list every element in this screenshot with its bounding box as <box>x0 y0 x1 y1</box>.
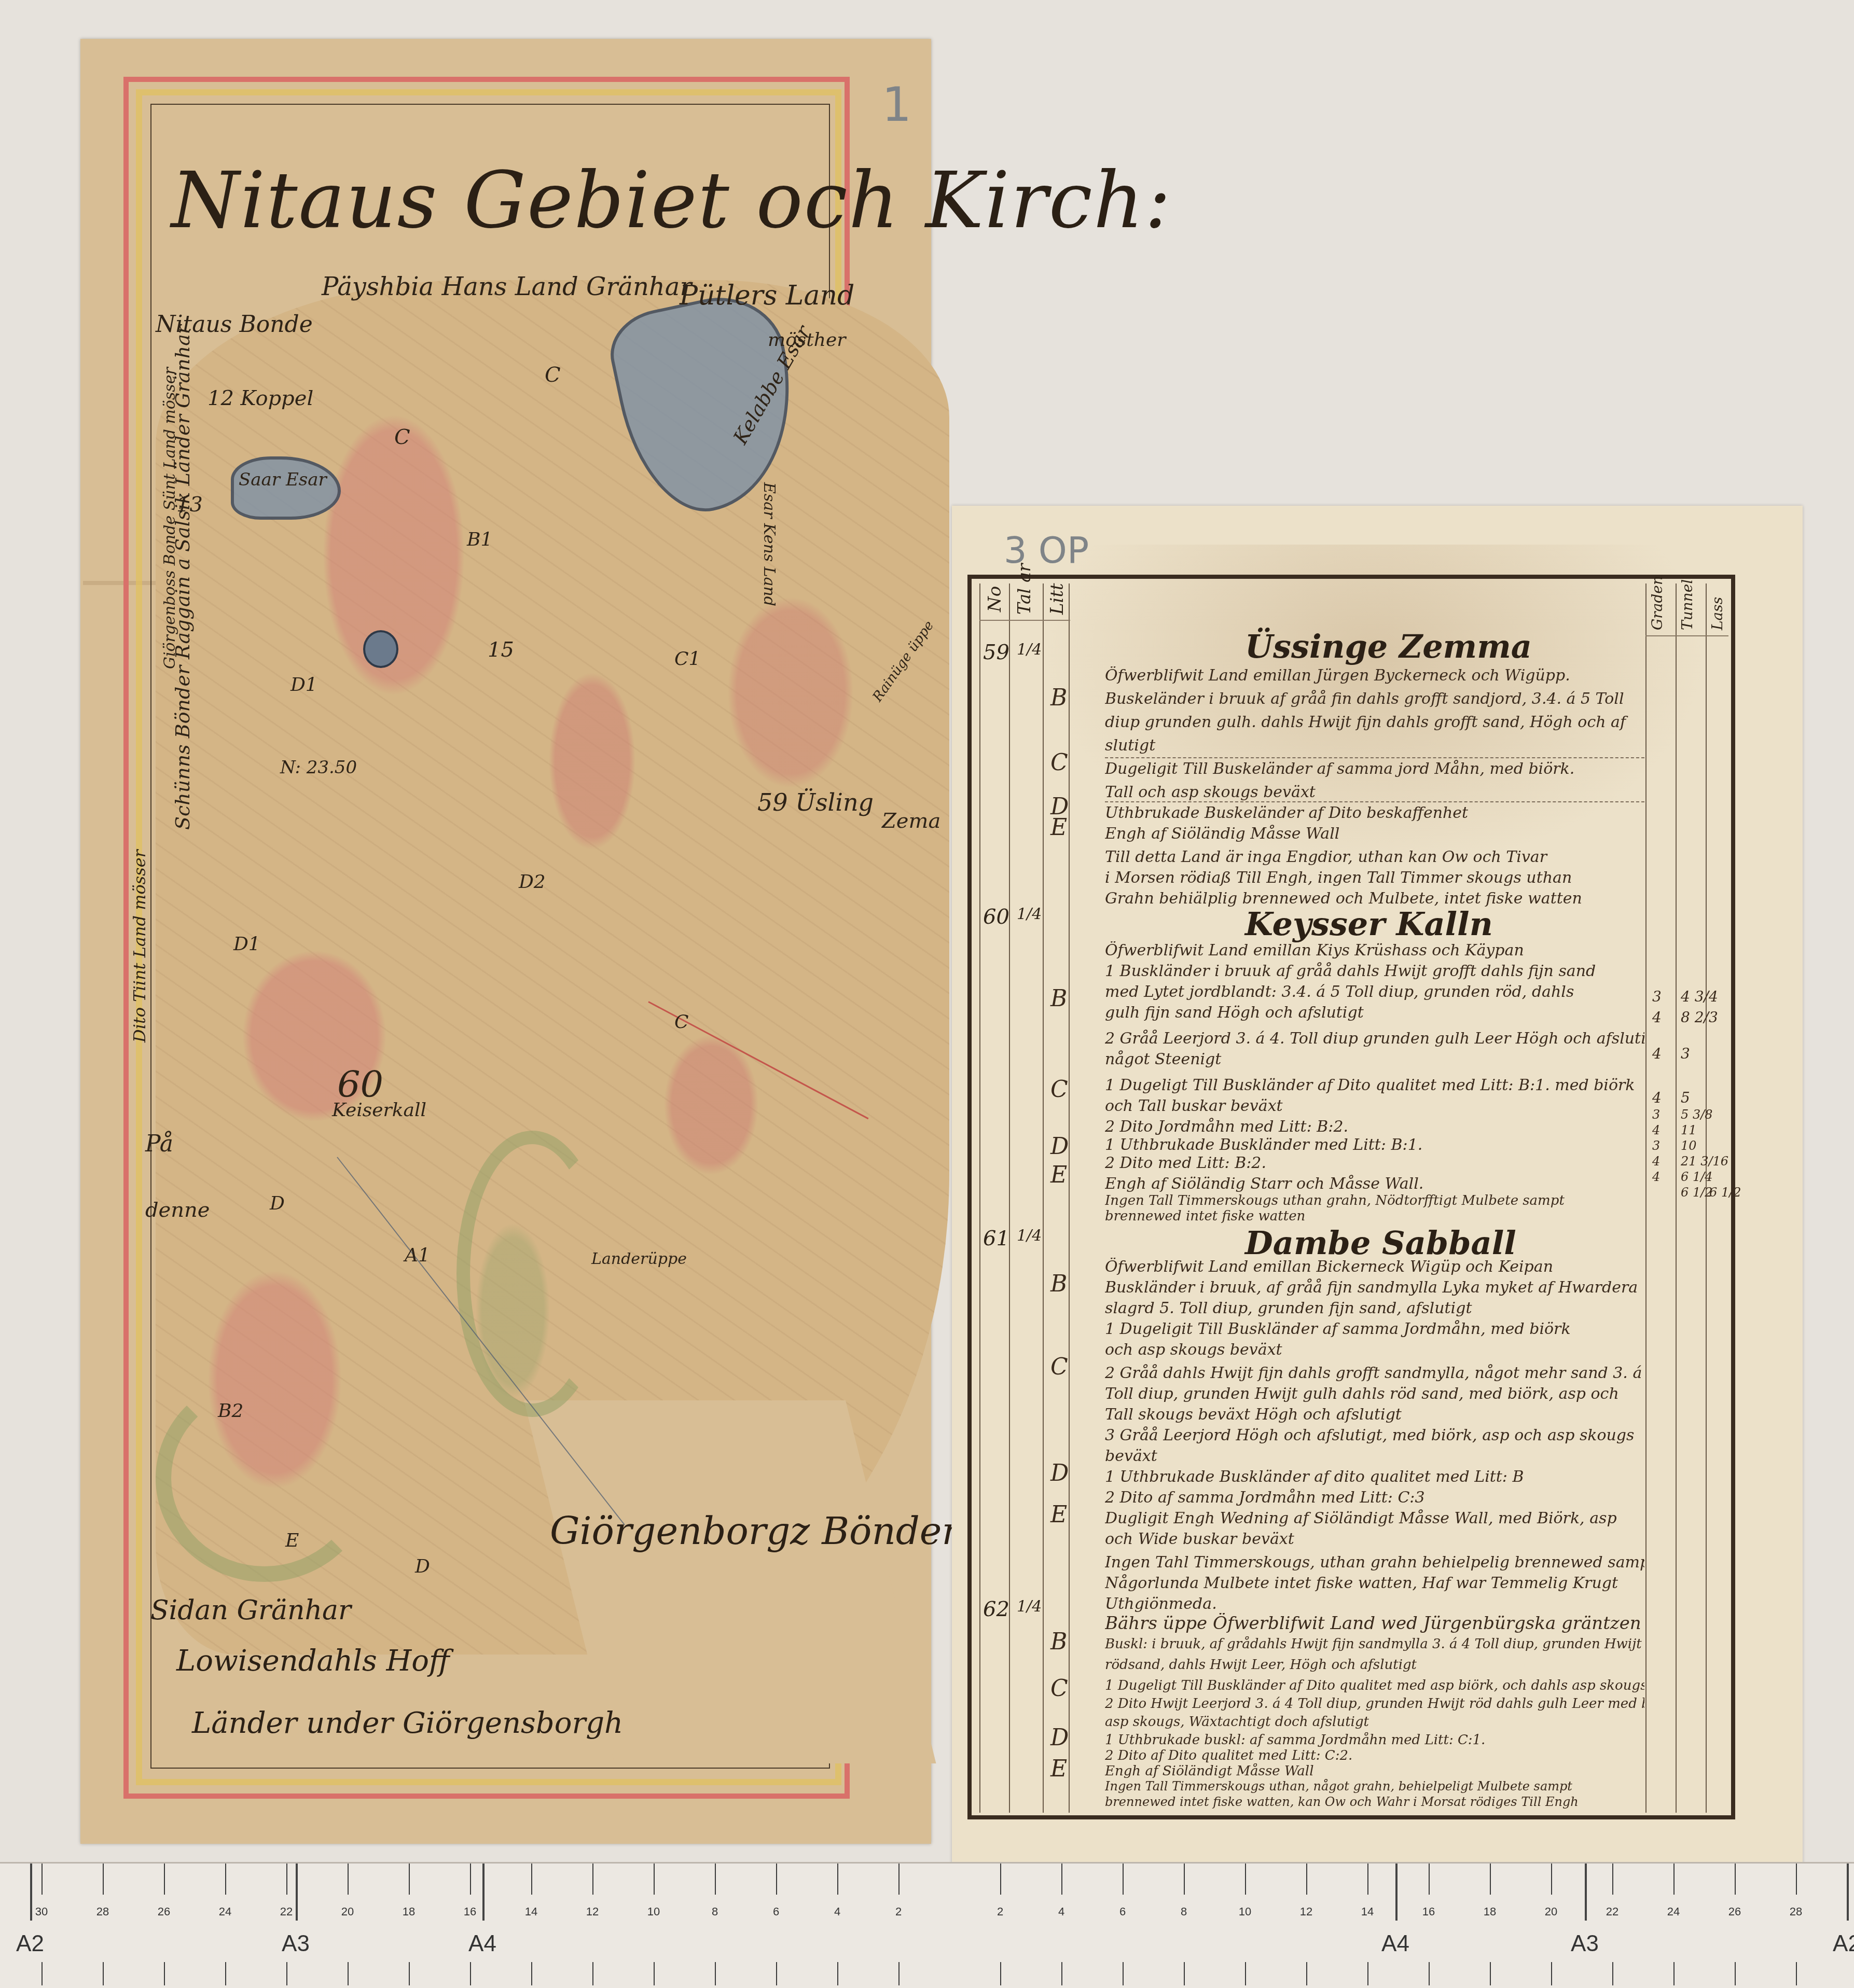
parcel-code: C <box>545 363 561 387</box>
entry-line: Dugligit Engh Wedning af Siöländigt Måss… <box>1105 1509 1644 1527</box>
entry-line: asp skougs, Wäxtachtigt doch afslutigt <box>1105 1714 1644 1730</box>
entry-letter: E <box>1050 1502 1067 1528</box>
entry-line: 1 Dugeligit Till Buskländer af samma Jor… <box>1105 1320 1644 1338</box>
entry-line: Engh af Siöländigt Måsse Wall <box>1105 1763 1644 1779</box>
parcel-code: D <box>415 1556 430 1577</box>
entry-line: Ingen Tall Timmerskougs uthan, något gra… <box>1105 1779 1644 1794</box>
paper-size-mark <box>30 1864 32 1921</box>
label-pa: På <box>145 1131 173 1157</box>
entry-line: Buskl: i bruuk, af grådahls Hwijt fijn s… <box>1105 1636 1644 1652</box>
ruler-tick <box>1123 1864 1124 1895</box>
value-graden: 4 <box>1652 1154 1660 1169</box>
ruler-tick <box>531 1864 532 1895</box>
ruler-tick <box>1735 1864 1736 1895</box>
entry-letter: B <box>1050 1271 1067 1297</box>
paper-size-label: A2 <box>1833 1931 1854 1957</box>
entry-line: Dugeligit Till Buskeländer af samma jord… <box>1105 760 1644 778</box>
paper-size-label: A3 <box>1571 1931 1599 1957</box>
entry-line: 2 Dito Jordmåhn med Litt: B:2. <box>1105 1118 1644 1136</box>
paper-size-label: A4 <box>1381 1931 1409 1957</box>
label-lake-saar: Saar Esar <box>239 469 327 490</box>
ruler-number: 12 <box>1300 1905 1312 1919</box>
entry-line: Uthbrukade Buskeländer af Dito beskaffen… <box>1105 804 1644 822</box>
ruler-tick <box>41 1864 43 1895</box>
ruler-tick <box>103 1864 104 1895</box>
ruler-tick <box>1245 1962 1246 1985</box>
entry-line: Ingen Tall Timmerskougs uthan grahn, Nöd… <box>1105 1193 1644 1208</box>
entry-line: Tall och asp skougs beväxt <box>1105 783 1644 801</box>
entry-line: 2 Dito af samma Jordmåhn med Litt: C:3 <box>1105 1489 1644 1507</box>
ruler-tick <box>715 1962 716 1985</box>
entry-line: 1 Uthbrukade Buskländer af dito qualitet… <box>1105 1468 1644 1486</box>
river-bend <box>456 1131 608 1417</box>
ruler-number: 26 <box>158 1905 170 1919</box>
ruler-number: 22 <box>280 1905 293 1919</box>
ruler-number: 6 <box>1119 1905 1126 1919</box>
plot-60-name: Keiserkall <box>332 1100 426 1121</box>
ruler-tick <box>1673 1864 1675 1895</box>
value-lass: 6 1/2 <box>1709 1185 1741 1200</box>
value-graden: 3 <box>1652 1107 1660 1122</box>
ruler-number: 18 <box>1484 1905 1496 1919</box>
value-tunnel: 8 2/3 <box>1681 1009 1718 1026</box>
entry-fraction: 1/4 <box>1017 905 1042 923</box>
label-lowisendahls-hoff: Lowisendahls Hoff <box>176 1644 450 1678</box>
ruler-tick <box>225 1962 226 1985</box>
entry-number: 62 <box>983 1597 1009 1621</box>
entry-line: Öfwerblifwit Land emillan Bickerneck Wig… <box>1105 1258 1644 1276</box>
parcel-code: D1 <box>290 674 317 696</box>
value-tunnel: 3 <box>1681 1045 1690 1062</box>
column-header-no: No <box>985 586 1005 612</box>
column-header-graden: Graden <box>1649 576 1666 630</box>
ruler-number: 4 <box>1058 1905 1064 1919</box>
label-denne: denne <box>145 1198 210 1222</box>
ruler-tick <box>592 1864 593 1895</box>
ruler-tick <box>1061 1962 1062 1985</box>
entry-line: Uthgiönmeda. <box>1105 1595 1644 1613</box>
ruler-number: 22 <box>1606 1905 1618 1919</box>
entry-fraction: 1/4 <box>1017 1227 1042 1245</box>
ruler-tick <box>348 1864 349 1895</box>
entry-line: 3 Gråå Leerjord Högh och afslutigt, med … <box>1105 1426 1644 1444</box>
ruler-number: 8 <box>1181 1905 1187 1919</box>
ruler-tick <box>1245 1864 1246 1895</box>
ruler-tick <box>409 1962 410 1985</box>
value-graden: 4 <box>1652 1123 1660 1137</box>
dashed-rule <box>1105 757 1644 758</box>
entry-line: gulh fijn sand Högh och afslutigt <box>1105 1004 1644 1022</box>
parcel-code: C <box>394 425 410 449</box>
entry-line: i Morsen rödiaß Till Engh, ingen Tall Ti… <box>1105 869 1644 887</box>
entry-fraction: 1/4 <box>1017 641 1042 659</box>
entry-line: med Lytet jordblandt: 3.4. á 5 Toll diup… <box>1105 983 1644 1001</box>
label-sidan-granhar: Sidan Gränhar <box>150 1595 351 1626</box>
entry-line: Buskeländer i bruuk af gråå fin dahls gr… <box>1105 690 1644 708</box>
label-esar-kens-land: Esar Kens Land <box>760 482 778 606</box>
plot-59: 59 Üsling <box>757 788 874 816</box>
value-graden: 4 <box>1652 1045 1662 1062</box>
entry-line: diup grunden gulh. dahls Hwijt fijn dahl… <box>1105 713 1644 731</box>
paper-size-label: A4 <box>468 1931 496 1957</box>
ruler-number: 4 <box>834 1905 840 1919</box>
ruler-tick <box>592 1962 593 1985</box>
scale-ruler: 3028262422201816141210864224681012141618… <box>0 1862 1854 1988</box>
ruler-tick <box>1612 1962 1613 1985</box>
ruler-tick <box>470 1962 471 1985</box>
value-tunnel: 4 3/4 <box>1681 988 1718 1005</box>
column-line <box>1645 583 1647 1813</box>
column-line <box>1676 583 1677 1813</box>
ruler-number: 20 <box>341 1905 354 1919</box>
column-header-tunnel: Tunnel <box>1679 579 1696 630</box>
ruler-tick <box>1796 1962 1797 1985</box>
entry-heading: Üssinge Zemma <box>1245 628 1532 665</box>
label-giorgenborgz-bonders: Giörgenborgz Bönders <box>550 1509 979 1553</box>
ruler-tick <box>531 1962 532 1985</box>
ruler-tick <box>898 1962 900 1985</box>
entry-line: 2 Gråå Leerjord 3. á 4. Toll diup grunde… <box>1105 1030 1644 1048</box>
ruler-tick <box>1551 1962 1552 1985</box>
entry-line: 2 Gråå dahls Hwijt fijn dahls grofft san… <box>1105 1364 1644 1382</box>
ruler-tick <box>103 1962 104 1985</box>
entry-number: 60 <box>983 905 1009 929</box>
paper-size-mark <box>1585 1864 1587 1921</box>
entry-letter: B <box>1050 685 1067 711</box>
sheet-number: 1 <box>882 78 911 132</box>
ruler-number: 18 <box>403 1905 415 1919</box>
ruler-tick <box>1367 1962 1368 1985</box>
label-lander-under-giorgensborgh: Länder under Giörgensborgh <box>192 1706 623 1740</box>
header-rule-left <box>979 620 1070 621</box>
ruler-tick <box>776 1962 777 1985</box>
ruler-number: 16 <box>1422 1905 1435 1919</box>
entry-line: 2 Dito Hwijt Leerjord 3. á 4 Toll diup, … <box>1105 1696 1644 1712</box>
ruler-tick <box>1796 1864 1797 1895</box>
label-dito-tiint-land: Dito Tiint Land mösser <box>130 850 149 1042</box>
entry-line: Bährs üppe Öfwerblifwit Land wed Jürgenb… <box>1105 1613 1644 1634</box>
ruler-number: 28 <box>96 1905 109 1919</box>
entry-letter: D <box>1050 1133 1069 1160</box>
ruler-tick <box>898 1864 900 1895</box>
entry-line: Engh af Siöländig Måsse Wall <box>1105 825 1644 843</box>
river-meadow <box>156 1374 373 1582</box>
ruler-tick <box>164 1864 165 1895</box>
entry-number: 61 <box>983 1227 1009 1250</box>
value-tunnel: 21 3/16 <box>1681 1154 1728 1169</box>
ruler-tick <box>654 1962 655 1985</box>
plot-12: 12 Koppel <box>207 386 313 410</box>
entry-line: och Wide buskar beväxt <box>1105 1530 1644 1548</box>
ruler-tick <box>1429 1864 1430 1895</box>
entry-letter: D <box>1050 1460 1069 1486</box>
ruler-tick <box>1000 1864 1001 1895</box>
parcel-code: D <box>270 1193 285 1214</box>
ruler-tick <box>225 1864 226 1895</box>
parcel-code: D2 <box>519 871 546 893</box>
parcel-code: A1 <box>405 1245 430 1266</box>
entry-line: brennewed intet fiske watten <box>1105 1208 1644 1224</box>
paper-size-label: A3 <box>282 1931 310 1957</box>
ruler-tick <box>1123 1962 1124 1985</box>
ruler-tick <box>1735 1962 1736 1985</box>
entry-line: Buskländer i bruuk, af gråå fijn sandmyl… <box>1105 1278 1644 1297</box>
parcel-code: C <box>674 1011 689 1033</box>
parcel-code: E <box>285 1530 299 1551</box>
entry-line: något Steenigt <box>1105 1050 1644 1068</box>
entry-line: rödsand, dahls Hwijt Leer, Högh och afsl… <box>1105 1657 1644 1673</box>
entry-line: slagrd 5. Toll diup, grunden fijn sand, … <box>1105 1299 1644 1317</box>
entry-line: och Tall buskar beväxt <box>1105 1097 1644 1115</box>
label-boundary-top-right: Pütlers Land <box>680 280 854 311</box>
ruler-number: 30 <box>35 1905 48 1919</box>
entry-line: slutigt <box>1105 736 1644 755</box>
ruler-tick <box>286 1864 287 1895</box>
column-line <box>1009 583 1010 1813</box>
ruler-tick <box>1490 1962 1491 1985</box>
ruler-tick <box>1000 1962 1001 1985</box>
entry-number: 59 <box>983 641 1009 664</box>
entry-letter: E <box>1050 1756 1067 1782</box>
plot-59-zema: Zema <box>882 809 940 833</box>
entry-line: Öfwerblifwit Land emillan Kiys Krüshass … <box>1105 941 1644 960</box>
paper-size-mark <box>1847 1864 1849 1921</box>
entry-line: Till detta Land är inga Engdior, uthan k… <box>1105 848 1644 866</box>
entry-line: 1 Uthbrukade Buskländer med Litt: B:1. <box>1105 1136 1644 1154</box>
paper-size-mark <box>482 1864 485 1921</box>
paper-size-label: A2 <box>16 1931 44 1957</box>
value-tunnel: 10 <box>1681 1138 1697 1153</box>
parcel-code: B1 <box>467 529 492 550</box>
entry-line: 1 Dugeligt Till Buskländer af Dito quali… <box>1105 1678 1644 1693</box>
value-graden: 4 <box>1652 1089 1662 1106</box>
dashed-rule <box>1105 801 1644 802</box>
entry-line: 2 Dito med Litt: B:2. <box>1105 1154 1644 1172</box>
entry-letter: B <box>1050 1629 1067 1655</box>
column-header-litt: Litt <box>1047 583 1068 615</box>
ruler-tick <box>348 1962 349 1985</box>
parcel-code: B2 <box>218 1400 243 1422</box>
column-line <box>1043 583 1044 1813</box>
ruler-tick <box>164 1962 165 1985</box>
ruler-tick <box>409 1864 410 1895</box>
value-tunnel: 6 1/4 <box>1681 1170 1713 1184</box>
value-tunnel: 11 <box>1681 1123 1697 1137</box>
measurement-label: N: 23.50 <box>280 757 357 778</box>
entry-letter: C <box>1050 1675 1068 1702</box>
value-graden: 4 <box>1652 1170 1660 1184</box>
ruler-tick <box>1061 1864 1062 1895</box>
ruler-number: 16 <box>464 1905 476 1919</box>
ruler-number: 10 <box>1239 1905 1251 1919</box>
entry-letter: B <box>1050 985 1067 1012</box>
ruler-tick <box>1306 1864 1307 1895</box>
entry-line: Toll diup, grunden Hwijt gulh dahls röd … <box>1105 1385 1644 1403</box>
parcel-code: D1 <box>233 934 260 955</box>
label-boundary-top-left: Päyshbia Hans Land Gränhar <box>322 272 691 301</box>
ruler-tick <box>1490 1864 1491 1895</box>
ruler-number: 8 <box>712 1905 718 1919</box>
pond <box>363 630 398 668</box>
plot-13: 13 <box>176 493 203 517</box>
ruler-number: 20 <box>1545 1905 1557 1919</box>
ruler-number: 24 <box>219 1905 231 1919</box>
ruler-tick <box>1673 1962 1675 1985</box>
label-schunns-bonder: Schünns Bönder Raggain a Salsik Länder G… <box>171 325 194 830</box>
ruler-number: 2 <box>997 1905 1003 1919</box>
entry-letter: C <box>1050 749 1068 776</box>
ruler-tick <box>286 1962 287 1985</box>
column-line <box>979 583 980 1813</box>
entry-line: 1 Dugeligt Till Buskländer af Dito quali… <box>1105 1076 1644 1094</box>
entry-line: 1 Buskländer i bruuk af gråå dahls Hwijt… <box>1105 962 1644 980</box>
column-header-tal: Tal ar <box>1014 563 1035 615</box>
ruler-tick <box>776 1864 777 1895</box>
entry-line: Någorlunda Mulbete intet fiske watten, H… <box>1105 1574 1644 1592</box>
entry-heading: Dambe Sabball <box>1245 1224 1516 1262</box>
ruler-tick <box>1184 1864 1185 1895</box>
ruler-number: 2 <box>895 1905 902 1919</box>
ruler-tick <box>1306 1962 1307 1985</box>
parcel-code: C1 <box>674 648 700 670</box>
plot-15: 15 <box>488 638 514 662</box>
ruler-tick <box>1612 1864 1613 1895</box>
ruler-number: 26 <box>1728 1905 1741 1919</box>
ruler-tick <box>837 1962 838 1985</box>
entry-line: Tall skougs beväxt Högh och afslutigt <box>1105 1406 1644 1424</box>
ruler-tick <box>1367 1864 1368 1895</box>
column-header-lass: Lass <box>1709 597 1726 630</box>
ruler-tick <box>470 1864 471 1895</box>
entry-line: 1 Uthbrukade buskl: af samma Jordmåhn me… <box>1105 1732 1644 1748</box>
ruler-tick <box>1429 1962 1430 1985</box>
value-tunnel: 5 3/8 <box>1681 1107 1713 1122</box>
ruler-number: 10 <box>647 1905 660 1919</box>
entry-letter: D <box>1050 1725 1069 1751</box>
value-tunnel: 5 <box>1681 1089 1690 1106</box>
entry-heading: Keysser Kalln <box>1245 905 1493 943</box>
ruler-tick <box>837 1864 838 1895</box>
value-graden: 4 <box>1652 1009 1662 1026</box>
value-graden: 3 <box>1652 988 1662 1005</box>
ruler-number: 14 <box>525 1905 537 1919</box>
ruler-tick <box>654 1864 655 1895</box>
entry-line: 2 Dito af Dito qualitet med Litt: C:2. <box>1105 1748 1644 1763</box>
ruler-tick <box>1551 1864 1552 1895</box>
entry-line: Ingen Tahl Timmerskougs, uthan grahn beh… <box>1105 1553 1644 1572</box>
paper-size-mark <box>1395 1864 1398 1921</box>
entry-fraction: 1/4 <box>1017 1597 1042 1616</box>
value-tunnel: 6 1/2 <box>1681 1185 1713 1200</box>
entry-line: brennewed intet fiske watten, kan Ow och… <box>1105 1795 1644 1809</box>
ruler-number: 24 <box>1667 1905 1680 1919</box>
column-line <box>1069 583 1070 1813</box>
ruler-tick <box>41 1962 43 1985</box>
ruler-tick <box>1184 1962 1185 1985</box>
entry-line: Engh af Siöländig Starr och Måsse Wall. <box>1105 1175 1644 1193</box>
entry-line: beväxt <box>1105 1447 1644 1465</box>
entry-line: Öfwerblifwit Land emillan Jürgen Byckern… <box>1105 666 1644 685</box>
ruler-number: 14 <box>1361 1905 1374 1919</box>
ruler-number: 6 <box>773 1905 779 1919</box>
header-rule-right <box>1645 635 1728 636</box>
ruler-number: 12 <box>586 1905 599 1919</box>
map-title: Nitaus Gebiet och Kirch: <box>171 156 1172 246</box>
value-graden: 3 <box>1652 1138 1660 1153</box>
entry-line: och asp skougs beväxt <box>1105 1341 1644 1359</box>
label-landeruppe: Landerüppe <box>591 1250 687 1268</box>
entry-letter: E <box>1050 1162 1067 1188</box>
entry-letter: C <box>1050 1354 1068 1380</box>
ruler-number: 28 <box>1790 1905 1802 1919</box>
paper-size-mark <box>296 1864 298 1921</box>
entry-letter: C <box>1050 1076 1068 1103</box>
entry-letter: E <box>1050 814 1067 841</box>
ruler-tick <box>715 1864 716 1895</box>
